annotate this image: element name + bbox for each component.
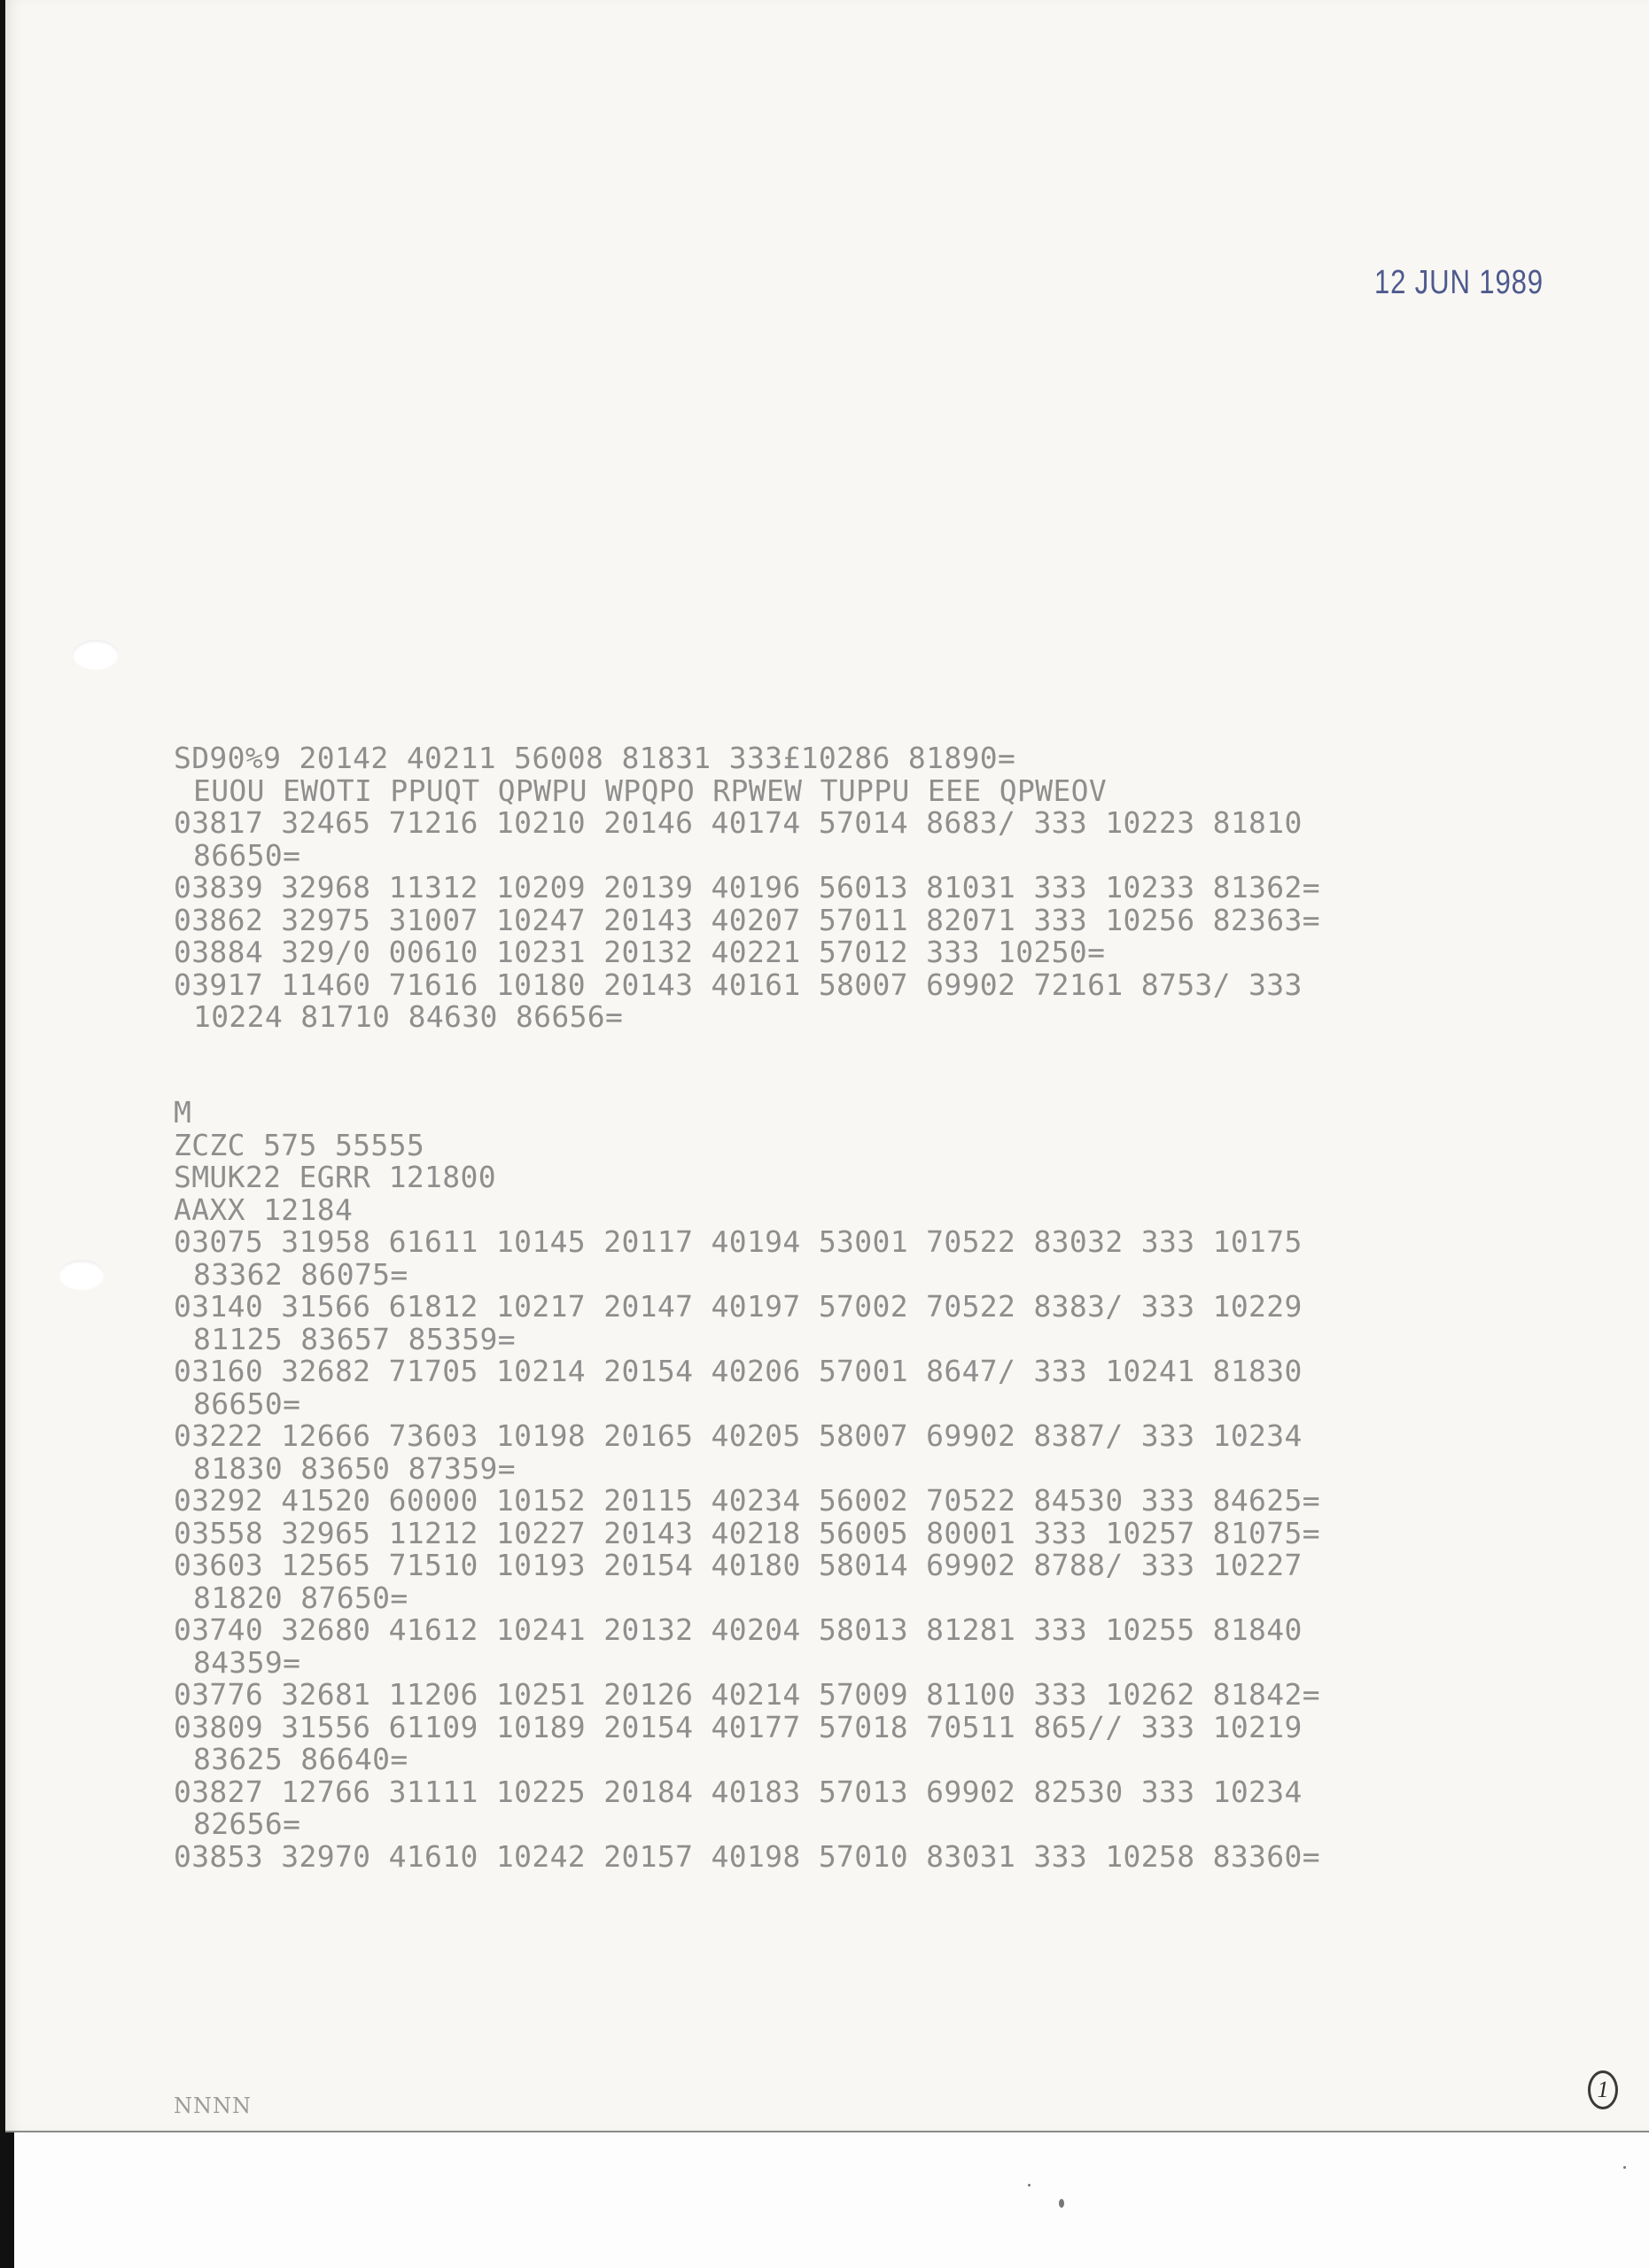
report-continuation-line: 81125 83657 85359=: [174, 1324, 1320, 1356]
report-line: 03222 12666 73603 10198 20165 40205 5800…: [174, 1420, 1320, 1453]
end-of-message-marker: NNNN: [174, 2093, 252, 2118]
report-line: 03853 32970 41610 10242 20157 40198 5701…: [174, 1841, 1320, 1874]
report-line: 03839 32968 11312 10209 20139 40196 5601…: [174, 872, 1320, 905]
report-line: 03292 41520 60000 10152 20115 40234 5600…: [174, 1485, 1320, 1518]
report-continuation-line: 83625 86640=: [174, 1744, 1320, 1776]
message-preamble-line: M: [174, 1097, 1320, 1130]
report-continuation-line: 82656=: [174, 1808, 1320, 1841]
message-preamble-line: AAXX 12184: [174, 1194, 1320, 1227]
synop-header-block: SD90%9 20142 40211 56008 81831 333£10286…: [174, 742, 1320, 1034]
teleprinter-sheet: 12 JUN 1989 SD90%9 20142 40211 56008 818…: [5, 0, 1649, 2132]
report-continuation-line: 83362 86075=: [174, 1259, 1320, 1292]
message-preamble-line: SMUK22 EGRR 121800: [174, 1161, 1320, 1194]
scan-speck: [1059, 2199, 1064, 2208]
report-line: 03917 11460 71616 10180 20143 40161 5800…: [174, 969, 1320, 1002]
report-line: 03558 32965 11212 10227 20143 40218 5600…: [174, 1518, 1320, 1550]
punch-hole-icon: [73, 640, 119, 670]
date-stamp: 12 JUN 1989: [1374, 264, 1544, 302]
scan-speck: [1623, 2166, 1626, 2169]
report-continuation-line: 81830 83650 87359=: [174, 1453, 1320, 1486]
report-line: 03603 12565 71510 10193 20154 40180 5801…: [174, 1550, 1320, 1582]
report-line: 03140 31566 61812 10217 20147 40197 5700…: [174, 1291, 1320, 1324]
report-line: 03817 32465 71216 10210 20146 40174 5701…: [174, 807, 1320, 840]
report-line: 03862 32975 31007 10247 20143 40207 5701…: [174, 905, 1320, 937]
report-line: 03809 31556 61109 10189 20154 40177 5701…: [174, 1712, 1320, 1744]
report-line: 03740 32680 41612 10241 20132 40204 5801…: [174, 1614, 1320, 1647]
report-line: 03160 32682 71705 10214 20154 40206 5700…: [174, 1355, 1320, 1388]
synop-message-block: MZCZC 575 55555SMUK22 EGRR 121800AAXX 12…: [174, 1097, 1320, 1873]
punch-hole-icon: [58, 1260, 105, 1290]
report-continuation-line: EUOU EWOTI PPUQT QPWPU WPQPO RPWEW TUPPU…: [174, 775, 1320, 808]
page-number-circled: 1: [1588, 2070, 1618, 2109]
report-line: 03884 329/0 00610 10231 20132 40221 5701…: [174, 936, 1320, 969]
report-line: SD90%9 20142 40211 56008 81831 333£10286…: [174, 742, 1320, 775]
report-continuation-line: 86650=: [174, 1388, 1320, 1421]
report-line: 03776 32681 11206 10251 20126 40214 5700…: [174, 1679, 1320, 1712]
report-line: 03075 31958 61611 10145 20117 40194 5300…: [174, 1226, 1320, 1259]
scan-speck: [1028, 2184, 1031, 2186]
report-continuation-line: 81820 87650=: [174, 1582, 1320, 1615]
report-continuation-line: 84359=: [174, 1647, 1320, 1680]
report-continuation-line: 10224 81710 84630 86656=: [174, 1001, 1320, 1034]
scanned-page: 12 JUN 1989 SD90%9 20142 40211 56008 818…: [0, 0, 1649, 2268]
report-line: 03827 12766 31111 10225 20184 40183 5701…: [174, 1776, 1320, 1809]
report-continuation-line: 86650=: [174, 840, 1320, 873]
message-preamble-line: ZCZC 575 55555: [174, 1130, 1320, 1162]
